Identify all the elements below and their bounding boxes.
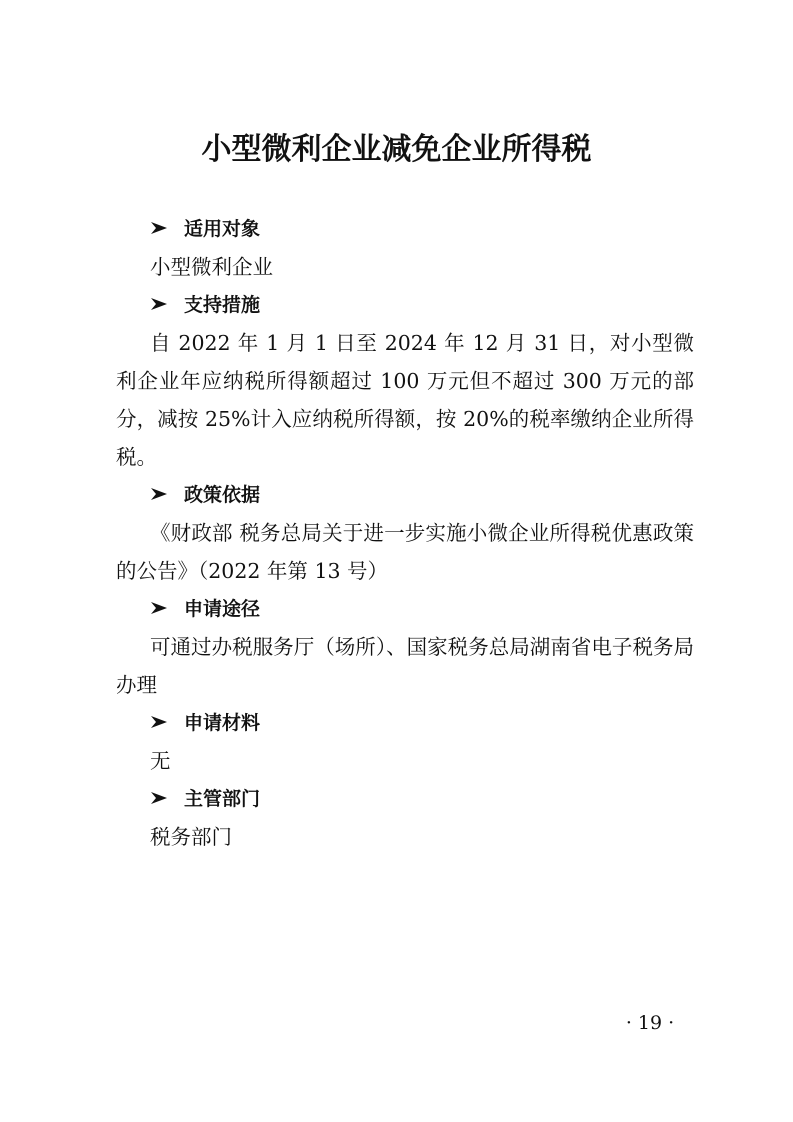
document-content: 适用对象 小型微利企业 支持措施 自 2022 年 1 月 1 日至 2024 … — [116, 210, 694, 856]
section-heading: 适用对象 — [116, 210, 694, 248]
section-heading-label: 适用对象 — [184, 210, 260, 248]
page-number: · 19 · — [600, 1012, 700, 1034]
section-heading: 政策依据 — [116, 476, 694, 514]
section-heading: 支持措施 — [116, 286, 694, 324]
section-body: 税务部门 — [116, 818, 694, 856]
arrow-bullet-icon — [150, 704, 168, 742]
section-heading: 申请途径 — [116, 590, 694, 628]
section-body: 自 2022 年 1 月 1 日至 2024 年 12 月 31 日，对小型微利… — [116, 324, 694, 476]
section-body: 《财政部 税务总局关于进一步实施小微企业所得税优惠政策的公告》（2022 年第 … — [116, 514, 694, 590]
section-body: 无 — [116, 742, 694, 780]
arrow-bullet-icon — [150, 590, 168, 628]
section-heading-label: 申请途径 — [184, 590, 260, 628]
section-heading-label: 政策依据 — [184, 476, 260, 514]
arrow-bullet-icon — [150, 476, 168, 514]
section-heading: 主管部门 — [116, 780, 694, 818]
document-page: 小型微利企业减免企业所得税 适用对象 小型微利企业 支持措施 自 2022 年 … — [0, 0, 793, 1122]
section-body: 小型微利企业 — [116, 248, 694, 286]
section-heading: 申请材料 — [116, 704, 694, 742]
arrow-bullet-icon — [150, 286, 168, 324]
page-title: 小型微利企业减免企业所得税 — [0, 128, 793, 172]
arrow-bullet-icon — [150, 210, 168, 248]
section-body: 可通过办税服务厅（场所）、国家税务总局湖南省电子税务局办理 — [116, 628, 694, 704]
section-heading-label: 支持措施 — [184, 286, 260, 324]
section-heading-label: 申请材料 — [184, 704, 260, 742]
section-heading-label: 主管部门 — [184, 780, 260, 818]
arrow-bullet-icon — [150, 780, 168, 818]
